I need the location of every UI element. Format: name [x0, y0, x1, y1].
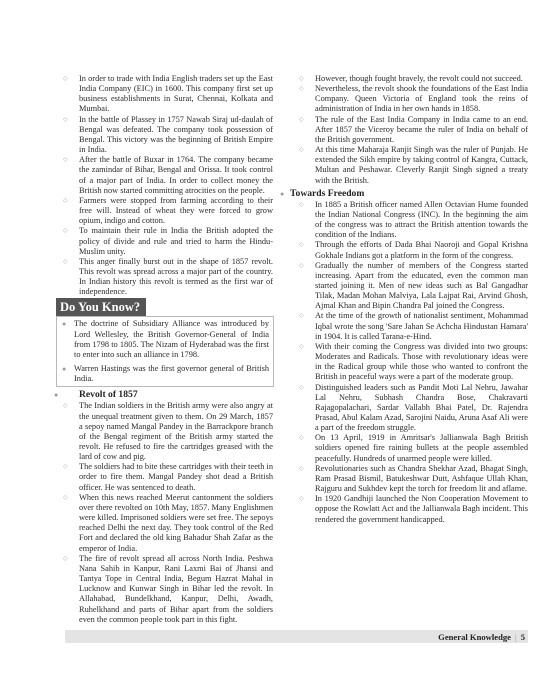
- list-item: ◇With their coming the Congress was divi…: [298, 342, 528, 383]
- diamond-bullet-icon: ◇: [299, 311, 304, 321]
- list-item: ◇At this time Maharaja Ranjit Singh was …: [298, 145, 528, 186]
- diamond-bullet-icon: ◇: [299, 240, 304, 250]
- list-item: ◇Nevertheless, the revolt shook the foun…: [298, 84, 528, 114]
- diamond-bullet-icon: ◇: [299, 383, 304, 393]
- diamond-bullet-icon: ◇: [299, 115, 304, 125]
- freedom-list: ◇In 1885 a British officer named Allen O…: [288, 200, 528, 525]
- diamond-bullet-icon: ◇: [63, 74, 68, 84]
- footer-separator: |: [515, 632, 517, 642]
- do-you-know-heading: Do You Know?: [56, 298, 146, 316]
- list-item: ◇Revolutionaries such as Chandra Shekhar…: [298, 464, 528, 494]
- diamond-bullet-icon: ◇: [63, 493, 68, 503]
- page-number: 5: [521, 632, 528, 642]
- intro-list-right: ◇However, though fought bravely, the rev…: [288, 74, 528, 186]
- diamond-bullet-icon: ◇: [63, 115, 68, 125]
- page-footer: General Knowledge | 5: [65, 630, 528, 643]
- list-item: ◇Distinguished leaders such as Pandit Mo…: [298, 383, 528, 434]
- diamond-bullet-icon: ◇: [63, 462, 68, 472]
- diamond-bullet-icon: ◇: [299, 433, 304, 443]
- diamond-bullet-icon: ◇: [63, 554, 68, 564]
- list-item: ◇The rule of the East India Company in I…: [298, 115, 528, 145]
- diamond-bullet-icon: ◇: [299, 464, 304, 474]
- book-title: General Knowledge: [438, 632, 511, 642]
- section-heading-towards-freedom: ●Towards Freedom: [290, 188, 528, 200]
- diamond-bullet-icon: ◇: [299, 145, 304, 155]
- list-item: ◇When this news reached Meerut cantonmen…: [62, 493, 273, 554]
- dot-bullet-icon: ●: [54, 389, 58, 401]
- list-item: ◇This anger finally burst out in the sha…: [62, 257, 273, 298]
- fact-item: ●The doctrine of Subsidiary Alliance was…: [61, 319, 269, 360]
- diamond-bullet-icon: ◇: [299, 84, 304, 94]
- diamond-bullet-icon: ◇: [63, 155, 68, 165]
- list-item: ◇The soldiers had to bite these cartridg…: [62, 462, 273, 492]
- list-item: ◇At the time of the growth of nationalis…: [298, 311, 528, 341]
- intro-list-left: ◇In order to trade with India English tr…: [62, 74, 273, 297]
- revolt-list: ◇The Indian soldiers in the British army…: [62, 401, 273, 624]
- dot-bullet-icon: ●: [280, 188, 284, 200]
- list-item: ◇The Indian soldiers in the British army…: [62, 401, 273, 462]
- diamond-bullet-icon: ◇: [63, 226, 68, 236]
- section-heading-revolt-1857: ●Revolt of 1857: [62, 389, 273, 401]
- right-column: ◇However, though fought bravely, the rev…: [288, 74, 528, 525]
- diamond-bullet-icon: ◇: [299, 200, 304, 210]
- diamond-bullet-icon: ◇: [63, 196, 68, 206]
- do-you-know-box: ●The doctrine of Subsidiary Alliance was…: [56, 316, 274, 387]
- diamond-bullet-icon: ◇: [299, 342, 304, 352]
- left-column: ◇In order to trade with India English tr…: [62, 74, 273, 625]
- list-item: ◇In 1885 a British officer named Allen O…: [298, 200, 528, 241]
- dot-bullet-icon: ●: [62, 364, 66, 374]
- list-item: ◇Gradually the number of members of the …: [298, 261, 528, 312]
- list-item: ◇To maintain their rule in India the Bri…: [62, 226, 273, 256]
- diamond-bullet-icon: ◇: [299, 261, 304, 271]
- list-item: ◇In order to trade with India English tr…: [62, 74, 273, 115]
- list-item: ◇After the battle of Buxar in 1764. The …: [62, 155, 273, 196]
- diamond-bullet-icon: ◇: [299, 74, 304, 84]
- list-item: ◇Farmers were stopped from farming accor…: [62, 196, 273, 226]
- list-item: ◇Through the efforts of Dada Bhai Naoroj…: [298, 240, 528, 260]
- list-item: ◇In the battle of Plassey in 1757 Nawab …: [62, 115, 273, 156]
- fact-item: ●Warren Hastings was the first governor …: [61, 364, 269, 384]
- list-item: ◇On 13 April, 1919 in Amritsar's Jallian…: [298, 433, 528, 463]
- list-item: ◇In 1920 Gandhiji launched the Non Coope…: [298, 494, 528, 524]
- list-item: ◇However, though fought bravely, the rev…: [298, 74, 528, 84]
- diamond-bullet-icon: ◇: [63, 401, 68, 411]
- diamond-bullet-icon: ◇: [299, 494, 304, 504]
- list-item: ◇The fire of revolt spread all across No…: [62, 554, 273, 625]
- diamond-bullet-icon: ◇: [63, 257, 68, 267]
- dot-bullet-icon: ●: [62, 319, 66, 329]
